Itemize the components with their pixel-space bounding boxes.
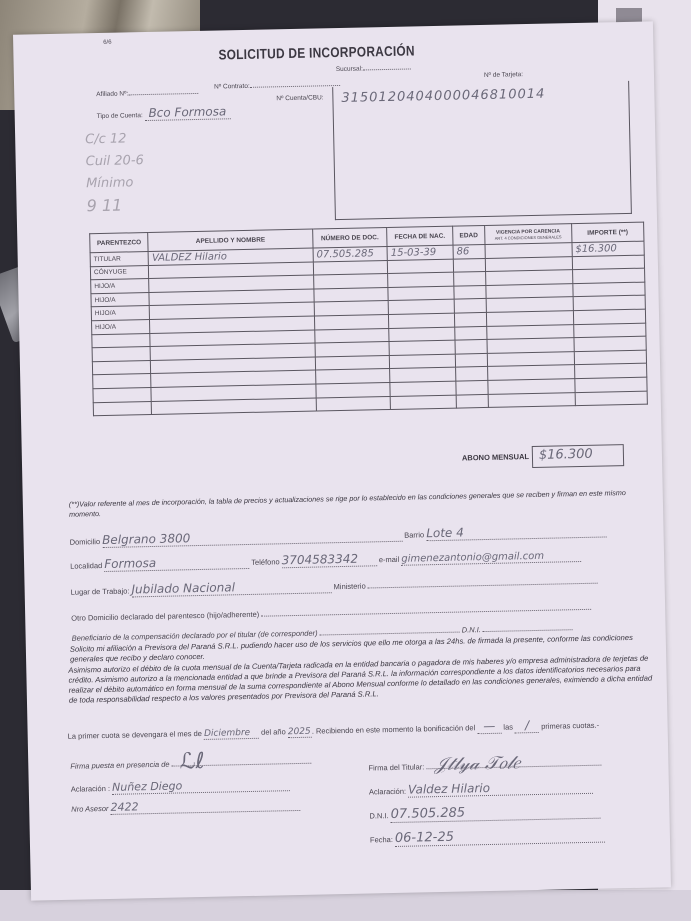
ministerio-field[interactable] <box>368 583 598 589</box>
domicilio-row: Domicilio Belgrano 3800 Barrio Lote 4 <box>69 522 639 549</box>
fecha-row: Fecha: 06-12-25 <box>370 827 605 848</box>
cell-age[interactable] <box>456 394 488 408</box>
cell-birth[interactable] <box>389 340 455 355</box>
page-ref: 6/6 <box>103 40 111 46</box>
titular-dni-field[interactable]: 07.505.285 <box>391 803 601 823</box>
email-field[interactable]: gimenezantonio@gmail.com <box>401 550 581 566</box>
cell-value: 86 <box>456 246 469 257</box>
domicilio-field[interactable]: Belgrano 3800 <box>102 527 402 548</box>
witness-signature-field[interactable]: ℒℓ <box>172 763 312 767</box>
cell-relation: HIJO/A <box>91 306 150 321</box>
cell-birth[interactable] <box>388 272 454 287</box>
cell-vigencia[interactable] <box>488 392 575 407</box>
cell-relation: HIJO/A <box>92 319 151 334</box>
cell-birth[interactable] <box>387 259 453 274</box>
localidad-field[interactable]: Formosa <box>104 554 249 572</box>
col-doc: NÚMERO DE DOC. <box>312 228 387 249</box>
col-importe: IMPORTE (**) <box>571 222 644 243</box>
cell-relation <box>93 401 152 416</box>
footnote: (**)Valor referente al mes de incorporac… <box>69 488 649 520</box>
cell-value: 07.505.285 <box>316 248 373 260</box>
cell-relation: HIJO/A <box>91 292 150 307</box>
cell-age[interactable] <box>455 326 487 340</box>
otro-domicilio-field[interactable] <box>261 609 591 617</box>
tipo-cuenta-value: Bco Formosa <box>144 104 230 121</box>
cell-relation <box>92 333 151 348</box>
cell-age[interactable] <box>454 272 486 286</box>
cell-value: VALDEZ Hilario <box>152 251 227 264</box>
bonificacion-field[interactable]: — <box>477 719 501 734</box>
beneficiario-dni-field[interactable] <box>483 629 573 632</box>
abono-mensual-value: $16.300 <box>533 447 593 463</box>
trabajo-row: Lugar de Trabajo: Jubilado Nacional Mini… <box>71 572 651 599</box>
cell-birth[interactable] <box>389 313 455 328</box>
titular-signature-field[interactable]: 𝒥𝓉𝓁𝓎𝒶 𝒯𝑜𝓁𝑒 <box>426 765 601 770</box>
cell-age[interactable] <box>453 258 485 272</box>
cell-value: $16.300 <box>575 243 617 255</box>
cell-age[interactable] <box>454 285 486 299</box>
cell-age[interactable] <box>454 312 486 326</box>
tipo-cuenta-field[interactable]: Tipo de Cuenta: Bco Formosa <box>97 104 231 121</box>
abono-mensual-field[interactable]: $16.300 <box>532 444 624 468</box>
col-vigencia: VIGENCIA POR CARENCIAART. 4 CONDICIONES … <box>484 224 571 245</box>
afiliado-field[interactable]: Afiliado Nº: <box>96 89 198 98</box>
sucursal-field[interactable]: Sucursal: <box>336 64 411 73</box>
form-title: SOLICITUD DE INCORPORACIÓN <box>218 42 415 62</box>
cell-relation: TITULAR <box>90 252 149 267</box>
cell-age[interactable] <box>454 299 486 313</box>
cell-doc[interactable] <box>316 396 391 411</box>
members-table: PARENTEZCO APELLIDO Y NOMBRE NÚMERO DE D… <box>89 222 648 417</box>
cell-birth[interactable]: 15-03-39 <box>387 245 453 260</box>
card-number-value: 3150120404000046810014 <box>341 87 545 106</box>
titular-dni-row: D.N.I. 07.505.285 <box>369 803 601 824</box>
cell-age[interactable] <box>456 367 488 381</box>
cell-age[interactable] <box>456 380 488 394</box>
titular-signature-scribble: 𝒥𝓉𝓁𝓎𝒶 𝒯𝑜𝓁𝑒 <box>434 752 520 775</box>
cell-value: 15-03-39 <box>391 247 437 259</box>
cell-birth[interactable] <box>390 381 456 396</box>
cell-relation <box>93 387 152 402</box>
cuota-mes-field[interactable]: Diciembre <box>204 728 259 740</box>
aclaracion-field[interactable]: Nuñez Diego <box>112 777 290 795</box>
cell-relation: CÓNYUGE <box>90 265 149 280</box>
col-edad: EDAD <box>453 225 485 245</box>
cell-name[interactable] <box>152 398 317 415</box>
cell-birth[interactable] <box>388 299 454 314</box>
cell-amount[interactable] <box>575 391 647 406</box>
asesor-field[interactable]: 2422 <box>110 797 300 815</box>
telefono-field[interactable]: 3704583342 <box>282 551 377 568</box>
cell-relation <box>93 374 152 389</box>
tarjeta-label: Nº de Tarjeta: <box>484 71 523 79</box>
cell-birth[interactable] <box>390 367 456 382</box>
barrio-field[interactable]: Lote 4 <box>426 522 606 541</box>
titular-aclaracion-field[interactable]: Valdez Hilario <box>408 779 593 798</box>
card-number-box[interactable]: 3150120404000046810014 <box>332 81 632 220</box>
witness-signature-scribble: ℒℓ <box>179 749 204 775</box>
presencia-row: Firma puesta en presencia de ℒℓ <box>70 757 311 771</box>
trabajo-field[interactable]: Jubilado Nacional <box>131 578 331 597</box>
beneficiario-field[interactable] <box>320 632 460 636</box>
las-cuotas-field[interactable]: / <box>515 718 539 733</box>
cuenta-cbu-field[interactable]: Nº Cuenta/CBU: <box>276 94 323 102</box>
titular-aclaracion-row: Aclaración: Valdez Hilario <box>369 779 593 799</box>
cell-birth[interactable] <box>389 327 455 342</box>
cell-birth[interactable] <box>388 286 454 301</box>
cell-birth[interactable] <box>389 354 455 369</box>
titular-signature-row: Firma del Titular: 𝒥𝓉𝓁𝓎𝒶 𝒯𝑜𝓁𝑒 <box>368 759 601 773</box>
aclaracion-row: Aclaración : Nuñez Diego <box>71 777 291 796</box>
cell-age[interactable] <box>455 340 487 354</box>
first-fee-row: La primer cuota se devengara el mes de D… <box>68 715 668 743</box>
cell-age[interactable]: 86 <box>453 244 485 258</box>
cell-age[interactable] <box>455 353 487 367</box>
application-form: 6/6 SOLICITUD DE INCORPORACIÓN Sucursal:… <box>13 21 671 900</box>
col-nacimiento: FECHA DE NAC. <box>387 226 453 246</box>
otro-domicilio-row: Otro Domicilio declarado del parentesco … <box>71 602 651 623</box>
cell-relation <box>92 347 151 362</box>
asesor-row: Nro Asesor 2422 <box>71 797 301 816</box>
abono-mensual-label: ABONO MENSUAL <box>462 452 529 462</box>
cell-relation: HIJO/A <box>91 279 150 294</box>
col-parentezco: PARENTEZCO <box>90 233 149 253</box>
contrato-field[interactable]: Nº Contrato: <box>214 81 340 91</box>
cell-birth[interactable] <box>390 395 456 410</box>
fecha-field[interactable]: 06-12-25 <box>395 827 605 847</box>
localidad-row: Localidad Formosa Teléfono 3704583342 e-… <box>70 546 650 573</box>
cuota-anio-field[interactable]: 2025 <box>288 727 312 739</box>
pencil-notes: C/c 12 Cuil 20-6 Mínimo 9 11 <box>85 128 145 217</box>
cell-relation <box>92 360 151 375</box>
